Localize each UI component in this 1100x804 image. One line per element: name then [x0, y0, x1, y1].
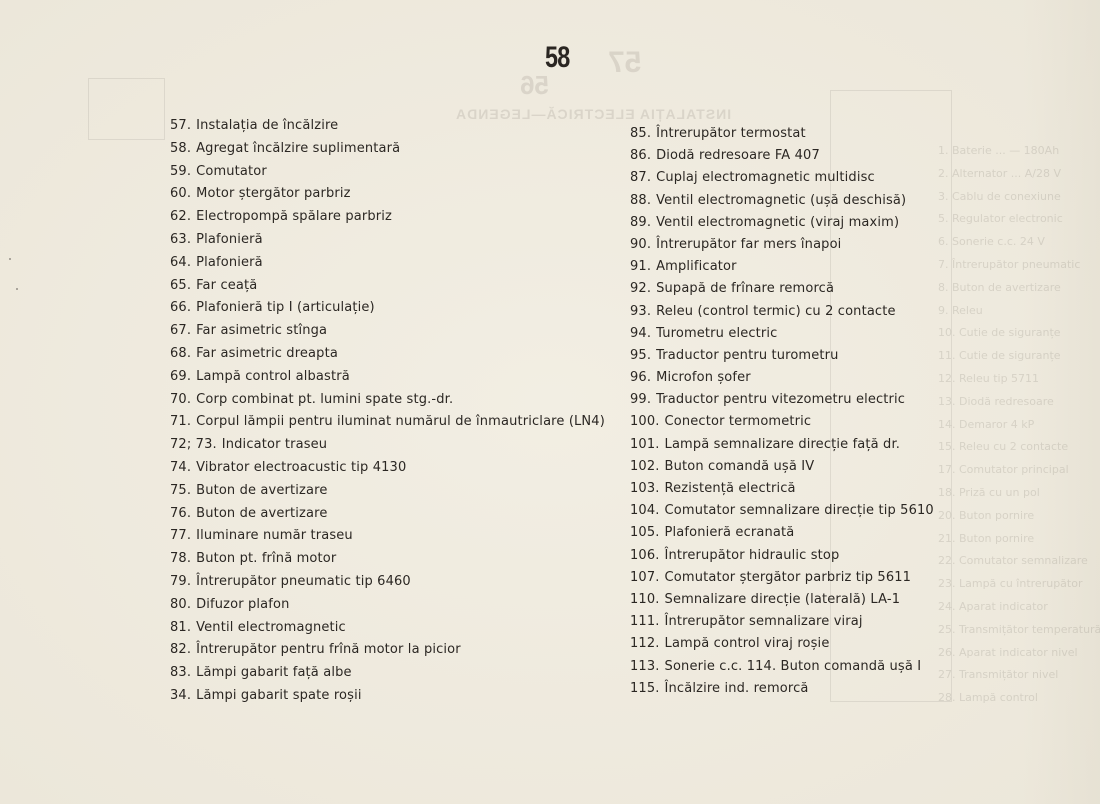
legend-item-text: Indicator traseu: [222, 434, 327, 457]
legend-item-number: 85.: [630, 123, 651, 145]
legend-item: 64.Plafonieră: [170, 252, 605, 275]
bleed-through-line: 27. Transmițător nivel: [938, 664, 1100, 687]
legend-item-text: Întrerupător termostat: [656, 123, 806, 145]
legend-item-text: Buton pt. frînă motor: [196, 548, 336, 571]
legend-item-number: 101.: [630, 434, 660, 456]
legend-item: 89.Ventil electromagnetic (viraj maxim): [630, 212, 934, 234]
legend-item: 62.Electropompă spălare parbriz: [170, 206, 605, 229]
bleed-through-line: 21. Buton pornire: [938, 528, 1100, 551]
legend-item-text: Lampă control viraj roșie: [665, 633, 830, 655]
legend-item-text: Întrerupător pneumatic tip 6460: [196, 571, 411, 594]
legend-item-text: Buton de avertizare: [196, 480, 327, 503]
legend-item-number: 69.: [170, 366, 191, 389]
legend-item: 34.Lămpi gabarit spate roșii: [170, 685, 605, 708]
legend-item-number: 80.: [170, 594, 191, 617]
legend-item-number: 113.: [630, 656, 660, 678]
legend-item: 102.Buton comandă ușă IV: [630, 456, 934, 478]
legend-item-number: 91.: [630, 256, 651, 278]
legend-item-text: Instalația de încălzire: [196, 115, 338, 138]
legend-item: 103.Rezistență electrică: [630, 478, 934, 500]
legend-item-number: 104.: [630, 500, 660, 522]
legend-item-text: Întrerupător pentru frînă motor la picio…: [196, 639, 461, 662]
legend-item: 70.Corp combinat pt. lumini spate stg.-d…: [170, 389, 605, 412]
legend-item-number: 90.: [630, 234, 651, 256]
legend-item: 88.Ventil electromagnetic (ușă deschisă): [630, 190, 934, 212]
legend-item-number: 96.: [630, 367, 651, 389]
legend-item-number: 65.: [170, 275, 191, 298]
legend-item-number: 83.: [170, 662, 191, 685]
legend-item-text: Diodă redresoare FA 407: [656, 145, 820, 167]
legend-item-number: 112.: [630, 633, 660, 655]
legend-item-text: Ventil electromagnetic (ușă deschisă): [656, 190, 906, 212]
legend-item-number: 59.: [170, 161, 191, 184]
legend-item-text: Lampă semnalizare direcție față dr.: [665, 434, 901, 456]
legend-item-number: 58.: [170, 138, 191, 161]
page-number: 58: [545, 41, 569, 75]
bleed-through-line: 3. Cablu de conexiune: [938, 186, 1100, 209]
legend-item-number: 95.: [630, 345, 651, 367]
legend-item-text: Motor ștergător parbriz: [196, 183, 350, 206]
legend-right-column: 85.Întrerupător termostat86.Diodă redres…: [630, 123, 934, 700]
legend-item: 87.Cuplaj electromagnetic multidisc: [630, 167, 934, 189]
bleed-through-line: 15. Releu cu 2 contacte: [938, 436, 1100, 459]
legend-item-number: 71.: [170, 411, 191, 434]
legend-item-text: Întrerupător hidraulic stop: [665, 545, 840, 567]
legend-item-number: 86.: [630, 145, 651, 167]
legend-item: 94.Turometru electric: [630, 323, 934, 345]
bleed-through-line: 22. Comutator semnalizare: [938, 550, 1100, 573]
bleed-through-line: 24. Aparat indicator: [938, 596, 1100, 619]
legend-item-text: Plafonieră: [196, 252, 263, 275]
legend-item: 93.Releu (control termic) cu 2 contacte: [630, 301, 934, 323]
legend-item: 82.Întrerupător pentru frînă motor la pi…: [170, 639, 605, 662]
legend-item-number: 66.: [170, 297, 191, 320]
legend-item-number: 77.: [170, 525, 191, 548]
legend-item-text: Far asimetric dreapta: [196, 343, 338, 366]
legend-item-text: Ventil electromagnetic (viraj maxim): [656, 212, 899, 234]
legend-item: 69.Lampă control albastră: [170, 366, 605, 389]
legend-item: 81.Ventil electromagnetic: [170, 617, 605, 640]
legend-item-number: 72; 73.: [170, 434, 217, 457]
bleed-through-column: 1. Baterie ... — 180Ah2. Alternator ... …: [938, 140, 1100, 710]
legend-item-number: 92.: [630, 278, 651, 300]
bleed-through-line: 14. Demaror 4 kP: [938, 414, 1100, 437]
legend-item: 113.Sonerie c.c. 114. Buton comandă ușă …: [630, 656, 934, 678]
legend-item-number: 82.: [170, 639, 191, 662]
legend-item-number: 74.: [170, 457, 191, 480]
legend-item-text: Lampă control albastră: [196, 366, 350, 389]
bleed-through-line: 9. Releu: [938, 300, 1100, 323]
legend-item: 105.Plafonieră ecranată: [630, 522, 934, 544]
legend-item-text: Difuzor plafon: [196, 594, 289, 617]
bleed-through-line: 2. Alternator ... A/28 V: [938, 163, 1100, 186]
bleed-through-line: 25. Transmițător temperatură: [938, 619, 1100, 642]
bleed-through-line: 6. Sonerie c.c. 24 V: [938, 231, 1100, 254]
legend-item-text: Comutator ștergător parbriz tip 5611: [665, 567, 912, 589]
legend-item: 91.Amplificator: [630, 256, 934, 278]
legend-item-text: Releu (control termic) cu 2 contacte: [656, 301, 896, 323]
legend-item-number: 94.: [630, 323, 651, 345]
legend-item-number: 100.: [630, 411, 660, 433]
paper-speck: [16, 288, 18, 290]
bleed-through-line: 28. Lampă control: [938, 687, 1100, 710]
legend-item: 106.Întrerupător hidraulic stop: [630, 545, 934, 567]
legend-item-text: Corp combinat pt. lumini spate stg.-dr.: [196, 389, 453, 412]
legend-item: 74.Vibrator electroacustic tip 4130: [170, 457, 605, 480]
legend-item-text: Comutator semnalizare direcție tip 5610: [665, 500, 934, 522]
legend-item-text: Corpul lămpii pentru iluminat numărul de…: [196, 411, 605, 434]
legend-item-text: Buton comandă ușă IV: [665, 456, 815, 478]
paper-speck: [9, 258, 11, 260]
legend-item: 75.Buton de avertizare: [170, 480, 605, 503]
legend-item: 86.Diodă redresoare FA 407: [630, 145, 934, 167]
legend-item-number: 76.: [170, 503, 191, 526]
bleed-through-line: 20. Buton pornire: [938, 505, 1100, 528]
legend-item-number: 81.: [170, 617, 191, 640]
legend-item-text: Comutator: [196, 161, 267, 184]
legend-left-column: 57.Instalația de încălzire58.Agregat înc…: [170, 115, 605, 708]
legend-item-number: 87.: [630, 167, 651, 189]
bleed-through-line: 17. Comutator principal: [938, 459, 1100, 482]
bleed-through-diagram-box: [88, 78, 165, 140]
legend-item: 107.Comutator ștergător parbriz tip 5611: [630, 567, 934, 589]
bleed-through-line: 13. Diodă redresoare: [938, 391, 1100, 414]
legend-item: 111.Întrerupător semnalizare viraj: [630, 611, 934, 633]
legend-item-text: Sonerie c.c. 114. Buton comandă ușă I: [665, 656, 922, 678]
legend-item: 63.Plafonieră: [170, 229, 605, 252]
legend-item-text: Lămpi gabarit față albe: [196, 662, 352, 685]
legend-item-number: 102.: [630, 456, 660, 478]
bleed-through-line: 10. Cutie de siguranțe: [938, 322, 1100, 345]
legend-item: 58.Agregat încălzire suplimentară: [170, 138, 605, 161]
legend-item: 80.Difuzor plafon: [170, 594, 605, 617]
legend-item-text: Lămpi gabarit spate roșii: [196, 685, 361, 708]
legend-item-text: Cuplaj electromagnetic multidisc: [656, 167, 875, 189]
bleed-through-line: 5. Regulator electronic: [938, 208, 1100, 231]
legend-item-text: Întrerupător semnalizare viraj: [665, 611, 863, 633]
legend-item-text: Electropompă spălare parbriz: [196, 206, 392, 229]
legend-item: 76.Buton de avertizare: [170, 503, 605, 526]
bleed-through-line: 8. Buton de avertizare: [938, 277, 1100, 300]
bleed-through-page-number: 57: [608, 46, 641, 80]
legend-item-number: 103.: [630, 478, 660, 500]
legend-item-text: Turometru electric: [656, 323, 777, 345]
legend-item-text: Microfon șofer: [656, 367, 751, 389]
legend-item-number: 60.: [170, 183, 191, 206]
legend-item-text: Traductor pentru vitezometru electric: [656, 389, 905, 411]
legend-item-number: 93.: [630, 301, 651, 323]
legend-item: 68.Far asimetric dreapta: [170, 343, 605, 366]
legend-item-text: Buton de avertizare: [196, 503, 327, 526]
legend-item-text: Plafonieră tip I (articulație): [196, 297, 375, 320]
legend-item-number: 64.: [170, 252, 191, 275]
legend-item: 78.Buton pt. frînă motor: [170, 548, 605, 571]
legend-item: 77.Iluminare număr traseu: [170, 525, 605, 548]
legend-item-number: 68.: [170, 343, 191, 366]
legend-item: 79.Întrerupător pneumatic tip 6460: [170, 571, 605, 594]
legend-item-number: 105.: [630, 522, 660, 544]
legend-item-number: 75.: [170, 480, 191, 503]
legend-item-number: 115.: [630, 678, 660, 700]
legend-item-text: Plafonieră: [196, 229, 263, 252]
legend-item-text: Far asimetric stînga: [196, 320, 327, 343]
bleed-through-line: 12. Releu tip 5711: [938, 368, 1100, 391]
legend-item: 104.Comutator semnalizare direcție tip 5…: [630, 500, 934, 522]
legend-item: 60.Motor ștergător parbriz: [170, 183, 605, 206]
legend-item-text: Agregat încălzire suplimentară: [196, 138, 400, 161]
legend-item-number: 111.: [630, 611, 660, 633]
legend-item: 99.Traductor pentru vitezometru electric: [630, 389, 934, 411]
legend-item-number: 70.: [170, 389, 191, 412]
legend-item: 101.Lampă semnalizare direcție față dr.: [630, 434, 934, 456]
bleed-through-line: 23. Lampă cu întrerupător: [938, 573, 1100, 596]
legend-item-number: 106.: [630, 545, 660, 567]
legend-item: 96.Microfon șofer: [630, 367, 934, 389]
legend-item-number: 63.: [170, 229, 191, 252]
legend-item-text: Încălzire ind. remorcă: [665, 678, 809, 700]
legend-item: 115.Încălzire ind. remorcă: [630, 678, 934, 700]
legend-item-text: Rezistență electrică: [665, 478, 796, 500]
legend-item: 66.Plafonieră tip I (articulație): [170, 297, 605, 320]
bleed-through-line: 18. Priză cu un pol: [938, 482, 1100, 505]
legend-item-number: 62.: [170, 206, 191, 229]
legend-item: 112.Lampă control viraj roșie: [630, 633, 934, 655]
legend-item-number: 67.: [170, 320, 191, 343]
legend-item: 83.Lămpi gabarit față albe: [170, 662, 605, 685]
legend-item: 100.Conector termometric: [630, 411, 934, 433]
legend-item-number: 79.: [170, 571, 191, 594]
legend-item: 57.Instalația de încălzire: [170, 115, 605, 138]
legend-item: 85.Întrerupător termostat: [630, 123, 934, 145]
legend-item-text: Supapă de frînare remorcă: [656, 278, 834, 300]
legend-item-text: Plafonieră ecranată: [665, 522, 795, 544]
legend-item-number: 107.: [630, 567, 660, 589]
legend-item-text: Vibrator electroacustic tip 4130: [196, 457, 406, 480]
legend-item-number: 78.: [170, 548, 191, 571]
legend-item-text: Far ceață: [196, 275, 257, 298]
legend-item-text: Amplificator: [656, 256, 737, 278]
legend-item: 92.Supapă de frînare remorcă: [630, 278, 934, 300]
legend-item: 65.Far ceață: [170, 275, 605, 298]
legend-item-number: 34.: [170, 685, 191, 708]
legend-item-number: 88.: [630, 190, 651, 212]
bleed-through-line: 1. Baterie ... — 180Ah: [938, 140, 1100, 163]
bleed-through-line: 26. Aparat indicator nivel: [938, 642, 1100, 665]
legend-item-number: 89.: [630, 212, 651, 234]
legend-item-number: 99.: [630, 389, 651, 411]
legend-item-text: Semnalizare direcție (laterală) LA-1: [665, 589, 901, 611]
legend-item-text: Întrerupător far mers înapoi: [656, 234, 841, 256]
legend-item-text: Iluminare număr traseu: [196, 525, 353, 548]
legend-item: 67.Far asimetric stînga: [170, 320, 605, 343]
legend-item: 95.Traductor pentru turometru: [630, 345, 934, 367]
legend-item: 71.Corpul lămpii pentru iluminat numărul…: [170, 411, 605, 434]
bleed-through-line: 7. Întrerupător pneumatic: [938, 254, 1100, 277]
legend-item-text: Traductor pentru turometru: [656, 345, 838, 367]
legend-item-text: Ventil electromagnetic: [196, 617, 346, 640]
legend-item: 110.Semnalizare direcție (laterală) LA-1: [630, 589, 934, 611]
legend-item: 72; 73.Indicator traseu: [170, 434, 605, 457]
legend-item: 59.Comutator: [170, 161, 605, 184]
bleed-through-line: 11. Cutie de siguranțe: [938, 345, 1100, 368]
legend-item: 90.Întrerupător far mers înapoi: [630, 234, 934, 256]
legend-item-number: 57.: [170, 115, 191, 138]
legend-item-text: Conector termometric: [665, 411, 812, 433]
legend-item-number: 110.: [630, 589, 660, 611]
